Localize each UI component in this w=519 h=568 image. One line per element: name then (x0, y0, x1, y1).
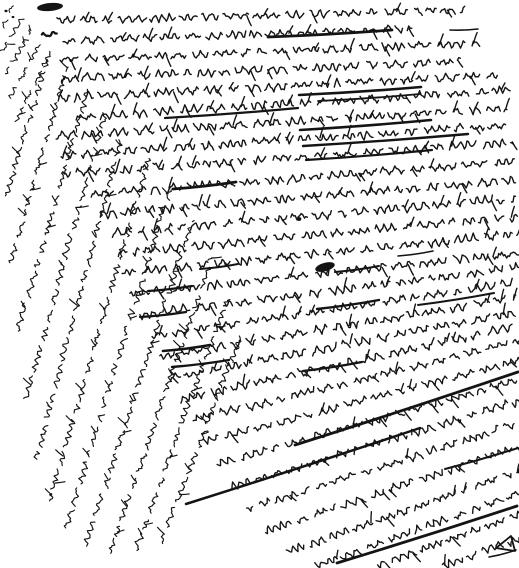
handwriting-line (76, 83, 510, 120)
handwriting-line (6, 52, 51, 196)
handwriting-line (9, 62, 68, 263)
handwriting-line (158, 336, 241, 544)
margin-column (6, 52, 241, 554)
handwriting-line (42, 32, 57, 36)
handwriting-line (5, 25, 31, 74)
strikethrough (140, 312, 186, 317)
handwriting-line (61, 123, 506, 158)
main-paragraph (56, 3, 519, 403)
handwriting-line (247, 422, 519, 511)
strikethrough (337, 506, 517, 563)
handwriting-line (64, 188, 171, 528)
handwriting-line (193, 340, 519, 421)
ink-blot (12, 16, 15, 18)
handwriting-line (118, 207, 517, 257)
handwriting-line (217, 368, 519, 465)
handwriting-line (135, 300, 230, 551)
bottom-addition (193, 340, 519, 568)
handwriting-line (203, 357, 519, 444)
handwriting-line (286, 464, 519, 552)
strikethrough (318, 94, 420, 101)
handwriting-line (45, 159, 150, 501)
strikethrough (165, 108, 298, 118)
strikethrough (303, 362, 362, 371)
strikethrough (299, 87, 421, 95)
strikethrough (398, 251, 433, 256)
ink-blot (297, 217, 302, 221)
strikethrough-marks (140, 29, 518, 563)
handwriting-line (34, 134, 124, 459)
handwriting-line (9, 45, 41, 99)
handwriting-line (15, 60, 48, 122)
ink-blot (37, 2, 64, 12)
handwriting-line (100, 176, 515, 218)
handwriting-line (57, 3, 465, 25)
ink-blot (4, 10, 7, 12)
manuscript-page (0, 0, 519, 568)
manuscript-facsimile (0, 0, 519, 568)
strikethrough (300, 120, 431, 130)
handwriting-line (63, 25, 414, 45)
strikethrough (163, 345, 210, 351)
handwriting-line (62, 58, 462, 83)
handwriting-line (24, 113, 107, 399)
strikethrough (450, 29, 478, 30)
strikethrough (445, 448, 518, 469)
